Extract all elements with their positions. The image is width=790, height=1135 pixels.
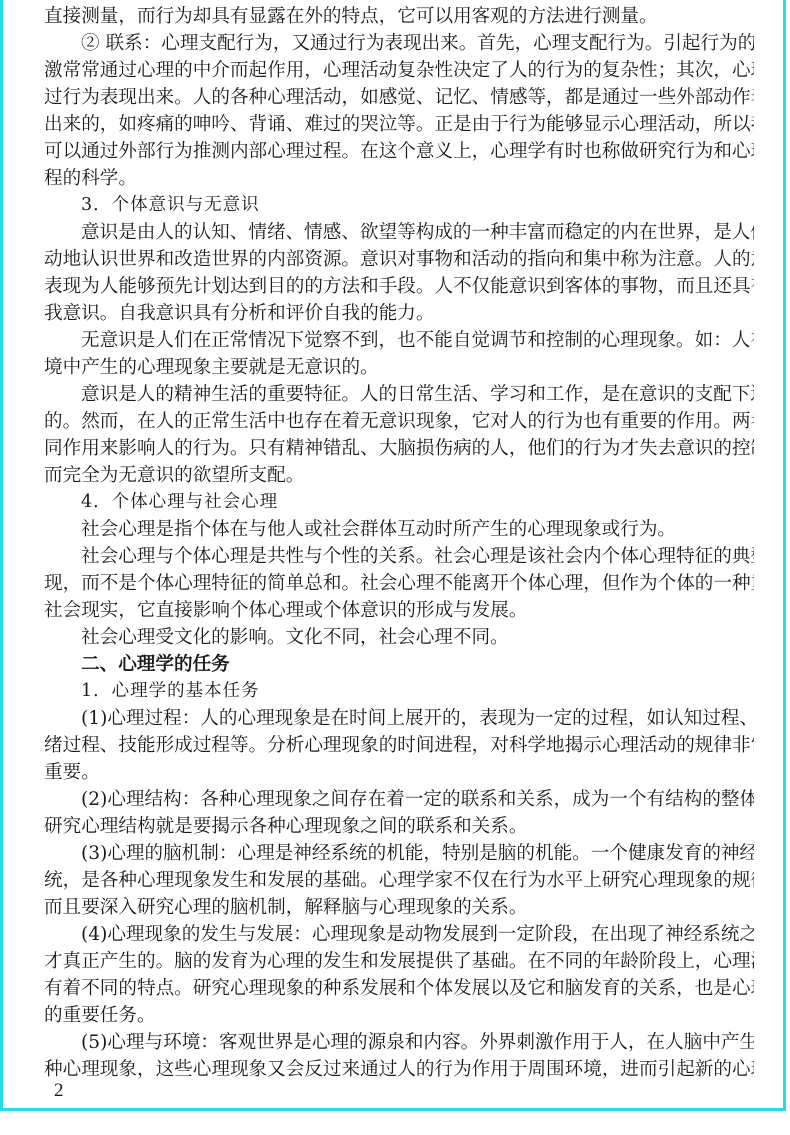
text-line: 研究心理结构就是要揭示各种心理现象之间的联系和关系。 <box>44 813 754 840</box>
text-line: (4)心理现象的发生与发展：心理现象是动物发展到一定阶段，在出现了神经系统之后 <box>44 921 754 948</box>
text-line: 而且要深入研究心理的脑机制，解释脑与心理现象的关系。 <box>44 894 754 921</box>
text-line: 社会心理是指个体在与他人或社会群体互动时所产生的心理现象或行为。 <box>44 516 754 543</box>
document-body: 直接测量，而行为却具有显露在外的特点，它可以用客观的方法进行测量。② 联系：心理… <box>44 3 754 1083</box>
text-line: 程的科学。 <box>44 165 754 192</box>
text-line: 有着不同的特点。研究心理现象的种系发展和个体发展以及它和脑发育的关系，也是心理学 <box>44 975 754 1002</box>
text-line: 可以通过外部行为推测内部心理过程。在这个意义上，心理学有时也称做研究行为和心理过 <box>44 138 754 165</box>
text-line: 重要。 <box>44 759 754 786</box>
text-line: 社会心理受文化的影响。文化不同，社会心理不同。 <box>44 624 754 651</box>
text-line: (3)心理的脑机制：心理是神经系统的机能，特别是脑的机能。一个健康发育的神经系 <box>44 840 754 867</box>
text-line: 社会现实，它直接影响个体心理或个体意识的形成与发展。 <box>44 597 754 624</box>
text-line: ② 联系：心理支配行为，又通过行为表现出来。首先，心理支配行为。引起行为的刺 <box>44 30 754 57</box>
subsection-heading: 4．个体心理与社会心理 <box>44 489 754 516</box>
section-heading: 二、心理学的任务 <box>44 651 754 678</box>
text-line: 意识是由人的认知、情绪、情感、欲望等构成的一种丰富而稳定的内在世界，是人们能 <box>44 219 754 246</box>
text-line: 动地认识世界和改造世界的内部资源。意识对事物和活动的指向和集中称为注意。人的意识 <box>44 246 754 273</box>
text-line: 同作用来影响人的行为。只有精神错乱、大脑损伤病的人，他们的行为才失去意识的控制， <box>44 435 754 462</box>
text-line: 现，而不是个体心理特征的简单总和。社会心理不能离开个体心理，但作为个体的一种重要 <box>44 570 754 597</box>
text-line: 才真正产生的。脑的发育为心理的发生和发展提供了基础。在不同的年龄阶段上，心理活动 <box>44 948 754 975</box>
text-line: (5)心理与环境：客观世界是心理的源泉和内容。外界刺激作用于人，在人脑中产生各 <box>44 1029 754 1056</box>
text-line: 的。然而，在人的正常生活中也存在着无意识现象，它对人的行为也有重要的作用。两者共 <box>44 408 754 435</box>
text-line: 意识是人的精神生活的重要特征。人的日常生活、学习和工作，是在意识的支配下进行 <box>44 381 754 408</box>
text-line: 过行为表现出来。人的各种心理活动，如感觉、记忆、情感等，都是通过一些外部动作表现 <box>44 84 754 111</box>
text-line: 统，是各种心理现象发生和发展的基础。心理学家不仅在行为水平上研究心理现象的规律， <box>44 867 754 894</box>
subsection-heading: 3．个体意识与无意识 <box>44 192 754 219</box>
text-line: 社会心理与个体心理是共性与个性的关系。社会心理是该社会内个体心理特征的典型表 <box>44 543 754 570</box>
text-line: 无意识是人们在正常情况下觉察不到，也不能自觉调节和控制的心理现象。如：人在梦 <box>44 327 754 354</box>
page-number: 2 <box>54 1080 64 1102</box>
text-line: (2)心理结构：各种心理现象之间存在着一定的联系和关系，成为一个有结构的整体。 <box>44 786 754 813</box>
text-line: 我意识。自我意识具有分析和评价自我的能力。 <box>44 300 754 327</box>
text-line: 种心理现象，这些心理现象又会反过来通过人的行为作用于周围环境，进而引起新的心理活 <box>44 1056 754 1083</box>
subsection-heading: 1．心理学的基本任务 <box>44 678 754 705</box>
text-line: 激常常通过心理的中介而起作用，心理活动复杂性决定了人的行为的复杂性；其次，心理通 <box>44 57 754 84</box>
text-line: 境中产生的心理现象主要就是无意识的。 <box>44 354 754 381</box>
text-line: 的重要任务。 <box>44 1002 754 1029</box>
text-line: 出来的，如疼痛的呻吟、背诵、难过的哭泣等。正是由于行为能够显示心理活动，所以我们 <box>44 111 754 138</box>
text-line: 而完全为无意识的欲望所支配。 <box>44 462 754 489</box>
text-line: 直接测量，而行为却具有显露在外的特点，它可以用客观的方法进行测量。 <box>44 3 754 30</box>
text-line: 表现为人能够预先计划达到目的的方法和手段。人不仅能意识到客体的事物，而且还具有自 <box>44 273 754 300</box>
text-line: 绪过程、技能形成过程等。分析心理现象的时间进程，对科学地揭示心理活动的规律非常 <box>44 732 754 759</box>
text-line: (1)心理过程：人的心理现象是在时间上展开的，表现为一定的过程，如认知过程、情 <box>44 705 754 732</box>
